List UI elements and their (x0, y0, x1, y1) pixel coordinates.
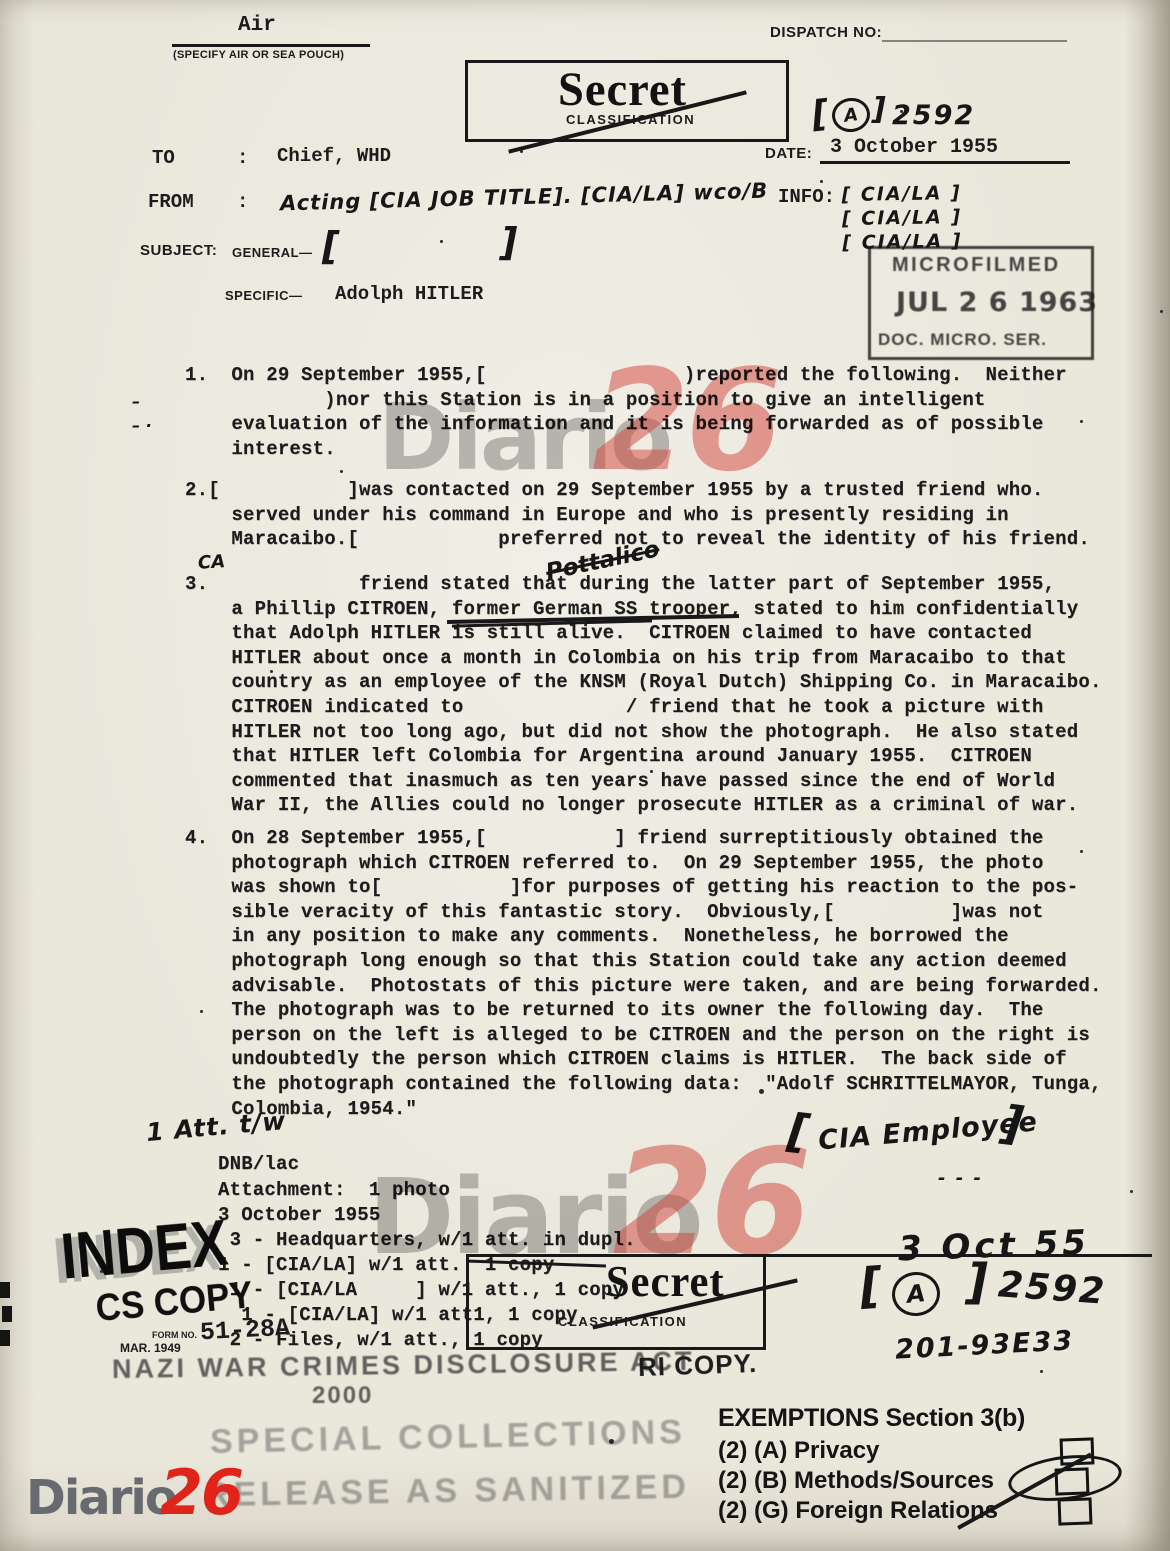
scan-edge-marks (0, 1282, 10, 1298)
subject-general-label: GENERAL— (232, 245, 313, 260)
releasing-officer-initials: DNB/lac (218, 1152, 299, 1177)
foreign-relations-checkbox (1058, 1497, 1093, 1525)
dispatch-label: DISPATCH NO: (770, 24, 882, 41)
diario26-logo-gray: Diario (26, 1470, 176, 1526)
paragraph-4: 4. On 28 September 1955,[ ] friend surre… (185, 826, 1102, 1121)
exemptions-title: EXEMPTIONS Section 3(b) (718, 1404, 1025, 1433)
to-label: TO (152, 147, 175, 169)
pouch-type: Air (238, 14, 276, 37)
hand-file-circled-a: A (890, 1270, 942, 1319)
date-label: DATE: (765, 145, 812, 162)
subject-general-open-bracket: [ (322, 224, 339, 268)
subject-specific-value: Adolph HITLER (335, 283, 483, 305)
paragraph-3: 3. friend stated that during the latter … (185, 572, 1102, 818)
hand-file-number: 201-93E33 (894, 1325, 1075, 1365)
ri-copy-stamp: RI COPY. (637, 1348, 757, 1383)
nazi-war-crimes-stamp: NAZI WAR CRIMES DISCLOSURE ACT (112, 1346, 695, 1385)
exemption-row-foreign-relations: (2) (G) Foreign Relations (718, 1497, 998, 1525)
scanned-document-page: Air (SPECIFY AIR OR SEA POUCH) DISPATCH … (0, 0, 1170, 1551)
form-no-label: FORM NO. (152, 1330, 197, 1340)
footer-date: 3 October 1955 (218, 1203, 380, 1228)
diario26-logo: Diario26 (26, 1462, 242, 1524)
hand-date-note: 3 Oct 55 (897, 1223, 1090, 1270)
subject-specific-label: SPECIFIC— (225, 288, 302, 303)
faded-stamp-line2: RELEASE AS SANITIZED (205, 1468, 691, 1515)
hand-file-ref-number: 2592 (997, 1264, 1108, 1312)
hand-file-open-bracket: [ (858, 1257, 884, 1314)
cia-employee-dashes: - - - (938, 1168, 983, 1189)
microfilm-stamp-line2: JUL 2 6 1963 (896, 287, 1098, 318)
to-value: Chief, WHD (277, 145, 391, 167)
form-number: 51-28A (199, 1314, 290, 1348)
hand-ref-close-bracket: ] (872, 92, 886, 127)
from-colon: : (237, 191, 248, 213)
date-underline (820, 161, 1070, 164)
pouch-caption: (SPECIFY AIR OR SEA POUCH) (173, 49, 344, 61)
ink-speckles (520, 150, 523, 153)
ca-annotation: CA (197, 551, 226, 574)
attachment-line: Attachment: 1 photo (218, 1178, 450, 1203)
hand-ref-number: 2592 (892, 100, 975, 131)
classification-label-top: CLASSIFICATION (566, 112, 695, 127)
subject-label: SUBJECT: (140, 242, 217, 259)
classification-label-bottom: CLASSIFICATION (558, 1314, 687, 1329)
margin-marks: – – · (132, 390, 152, 438)
pouch-underline (172, 44, 370, 47)
microfilm-stamp-line3: DOC. MICRO. SER. (878, 330, 1047, 350)
date-value: 3 October 1955 (830, 136, 998, 159)
from-label: FROM (148, 191, 194, 213)
paragraph-1: 1. On 29 September 1955,[ )reported the … (185, 363, 1067, 461)
exemption-row-privacy: (2) (A) Privacy (718, 1437, 879, 1465)
dispatch-underline (882, 40, 1067, 42)
hand-ref-circled-a: A (830, 96, 872, 135)
subject-general-close-bracket: ] (500, 220, 517, 264)
checkbox-scribble-oval (1006, 1449, 1125, 1507)
attachment-hand-note: 1 Att. t/w (145, 1106, 287, 1147)
exemption-row-methods-sources: (2) (B) Methods/Sources (718, 1467, 994, 1495)
faded-stamp-line1: SPECIAL COLLECTIONS (210, 1413, 687, 1462)
hand-ref-open-bracket: [ (810, 93, 831, 135)
to-colon: : (237, 147, 248, 169)
info-values: [ CIA/LA ][ CIA/LA ][ CIA/LA ] (841, 181, 962, 255)
diario26-logo-red: 26 (160, 1456, 242, 1529)
hand-file-close-bracket: ] (966, 1254, 988, 1310)
info-label: INFO: (778, 186, 835, 208)
microfilm-stamp-line1: MICROFILMED (892, 254, 1061, 277)
from-value-handwritten: Acting [CIA JOB TITLE]. [CIA/LA] wco/B (280, 179, 769, 216)
nazi-war-crimes-stamp-year: 2000 (312, 1382, 373, 1410)
